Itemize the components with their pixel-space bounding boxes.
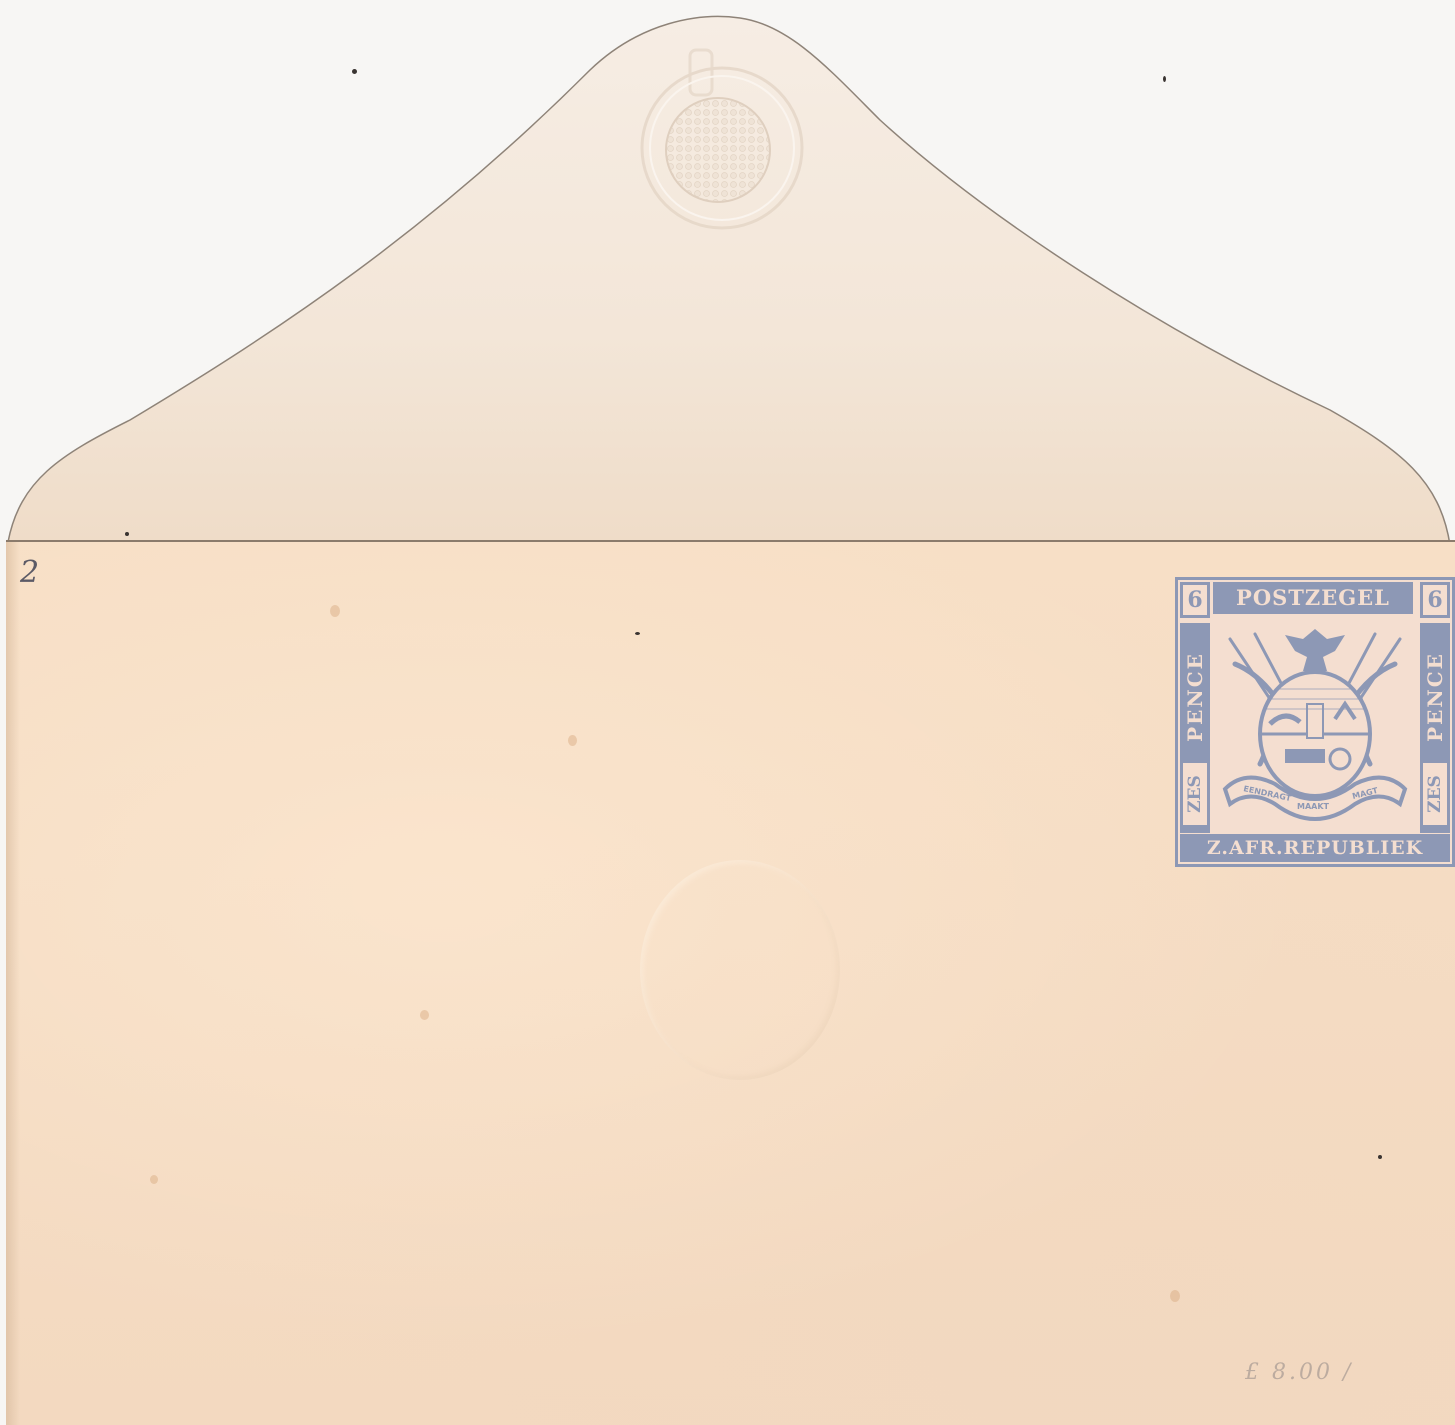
envelope-scene: 2 £ 8.00 / 6 POSTZEGEL 6 PENCE ZES PENCE… (0, 0, 1455, 1425)
stamp-side-zes-left: ZES (1183, 763, 1207, 825)
stamp-side-pence-left: PENCE (1183, 652, 1207, 742)
motto-part-2: MAAKT (1297, 802, 1330, 811)
pencil-price-note: £ 8.00 / (1245, 1360, 1353, 1385)
speck (1163, 76, 1166, 82)
speck (1378, 1155, 1382, 1159)
pencil-number: 2 (20, 555, 39, 590)
foxing-spot (330, 605, 340, 617)
stamp-bottom-label: Z.AFR.REPUBLIEK (1180, 834, 1450, 862)
stamp-side-pence-right: PENCE (1423, 652, 1447, 742)
envelope-flap (0, 0, 1455, 560)
faint-emboss-impression (640, 860, 840, 1080)
stamp-side-zes-right: ZES (1423, 763, 1447, 825)
stamp-side-right: PENCE ZES (1420, 623, 1450, 833)
foxing-spot (150, 1175, 158, 1184)
speck (352, 69, 357, 74)
stamp-side-left: PENCE ZES (1180, 623, 1210, 833)
printed-stamp: 6 POSTZEGEL 6 PENCE ZES PENCE ZES (1175, 577, 1455, 867)
stamp-value-left: 6 (1180, 582, 1210, 618)
foxing-spot (568, 735, 577, 746)
speck (125, 532, 129, 536)
foxing-spot (1170, 1290, 1180, 1302)
speck (635, 632, 640, 635)
coat-of-arms-icon: EENDRAGT MAAKT MAGT (1215, 619, 1415, 829)
stamp-value-right: 6 (1420, 582, 1450, 618)
stamp-top-label: POSTZEGEL (1213, 582, 1413, 614)
foxing-spot (420, 1010, 429, 1020)
